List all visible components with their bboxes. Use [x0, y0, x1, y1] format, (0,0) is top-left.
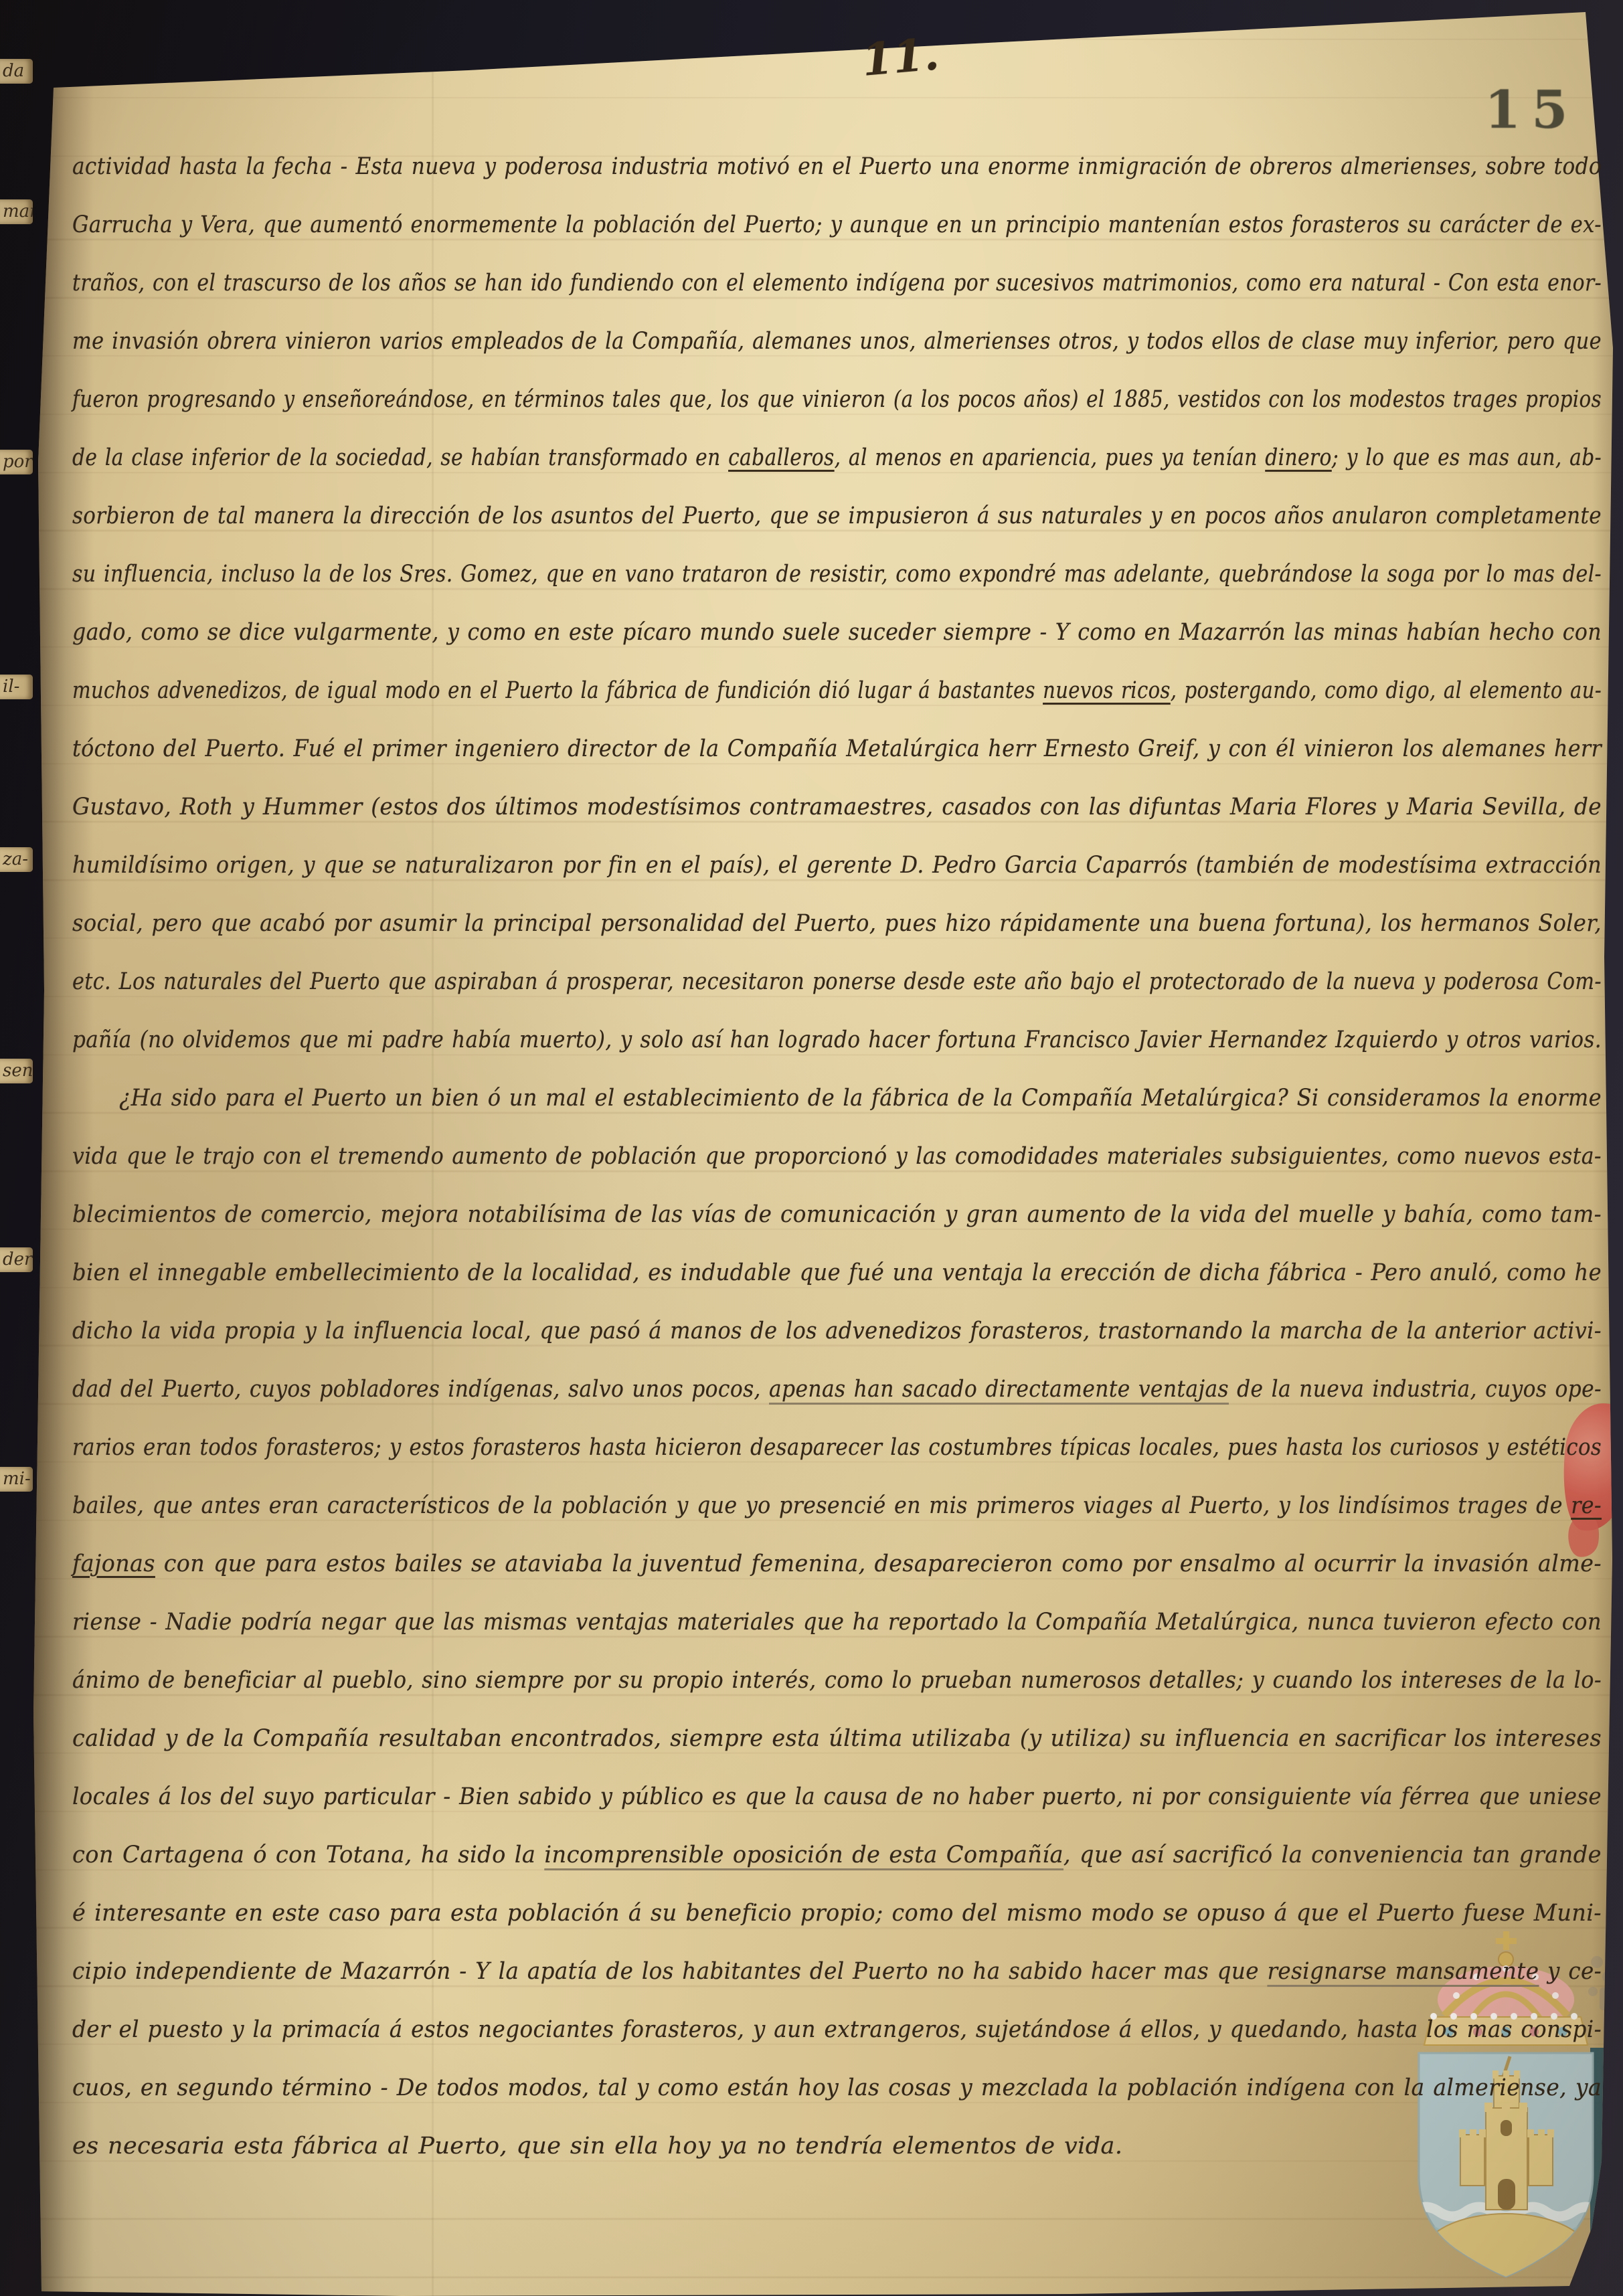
text-segment: Gustavo, Roth y Hummer (estos dos último…: [72, 794, 1602, 820]
manuscript-line: riense - Nadie podría negar que las mism…: [72, 1611, 1602, 1634]
text-segment: ¿Ha sido para el Puerto un bien ó un mal…: [119, 1085, 1602, 1112]
manuscript-line: tóctono del Puerto. Fué el primer ingeni…: [72, 737, 1602, 761]
manuscript-line: con Cartagena ó con Totana, ha sido la i…: [72, 1844, 1602, 1867]
text-segment: riense - Nadie podría negar que las mism…: [72, 1609, 1602, 1636]
underlined-phrase: re-: [1571, 1492, 1602, 1519]
text-segment: der el puesto y la primacía á estos nego…: [72, 2016, 1602, 2043]
text-segment: , postergando, como digo, al elemento au…: [1171, 677, 1602, 704]
manuscript-line: dicho la vida propia y la influencia loc…: [72, 1320, 1602, 1343]
text-segment: ánimo de beneficiar al pueblo, sino siem…: [72, 1667, 1602, 1694]
handwritten-page-number: 11.: [860, 31, 940, 82]
manuscript-line: fueron progresando y enseñoreándose, en …: [72, 388, 1602, 412]
manuscript-line: Garrucha y Vera, que aumentó enormemente…: [72, 213, 1602, 237]
text-segment: me invasión obrera vinieron varios emple…: [72, 328, 1602, 355]
text-segment: cuos, en segundo término - De todos modo…: [72, 2074, 1602, 2101]
edge-fragment: man: [0, 199, 33, 224]
manuscript-line: gado, como se dice vulgarmente, y como e…: [72, 621, 1602, 644]
manuscript-line: vida que le trajo con el tremendo aument…: [72, 1145, 1602, 1168]
manuscript-line: Gustavo, Roth y Hummer (estos dos último…: [72, 796, 1602, 819]
manuscript-line: pañía (no olvidemos que mi padre había m…: [72, 1029, 1602, 1052]
text-segment: sorbieron de tal manera la dirección de …: [72, 503, 1602, 529]
manuscript-line: social, pero que acabó por asumir la pri…: [72, 912, 1602, 936]
text-segment: fueron progresando y enseñoreándose, en …: [72, 386, 1602, 413]
text-segment: dicho la vida propia y la influencia loc…: [72, 1318, 1602, 1344]
text-segment: humildísimo origen, y que se naturalizar…: [72, 852, 1602, 879]
manuscript-line: cipio independiente de Mazarrón - Y la a…: [72, 1960, 1602, 1983]
edge-fragment: mi-: [0, 1467, 33, 1492]
text-segment: , que así sacrificó la conveniencia tan …: [1063, 1842, 1602, 1868]
text-segment: y ce-: [1539, 1958, 1602, 1985]
text-segment: con Cartagena ó con Totana, ha sido la: [72, 1842, 544, 1868]
underlined-phrase: caballeros: [728, 444, 835, 471]
text-segment: etc. Los naturales del Puerto que aspira…: [72, 968, 1602, 995]
manuscript-line: der el puesto y la primacía á estos nego…: [72, 2018, 1602, 2042]
edge-fragment: por: [0, 450, 33, 474]
manuscript-line: locales á los del suyo particular - Bien…: [72, 1785, 1602, 1809]
manuscript-line: bailes, que antes eran característicos d…: [72, 1494, 1602, 1518]
underlined-phrase: fajonas: [72, 1551, 155, 1577]
manuscript-line: dad del Puerto, cuyos pobladores indígen…: [72, 1378, 1602, 1401]
manuscript-line: fajonas con que para estos bailes se ata…: [72, 1553, 1602, 1576]
manuscript-line: cuos, en segundo término - De todos modo…: [72, 2077, 1602, 2100]
edge-fragment: sen-: [0, 1059, 33, 1083]
text-segment: es necesaria esta fábrica al Puerto, que…: [72, 2133, 1122, 2159]
text-segment: su influencia, incluso la de los Sres. G…: [72, 561, 1602, 588]
edge-fragment: za-: [0, 847, 33, 872]
text-segment: pañía (no olvidemos que mi padre había m…: [72, 1027, 1602, 1053]
pencil-underlined-phrase: incomprensible oposición de esta Compañí…: [544, 1842, 1063, 1868]
pencil-underlined-phrase: apenas han sacado directamente ventajas: [769, 1376, 1229, 1403]
manuscript-line: sorbieron de tal manera la dirección de …: [72, 505, 1602, 528]
text-segment: traños, con el trascurso de los años se …: [72, 270, 1602, 296]
underlined-phrase: dinero: [1265, 444, 1331, 471]
text-segment: muchos advenedizos, de igual modo en el …: [72, 677, 1043, 704]
pencil-underlined-phrase: resignarse mansamente: [1267, 1958, 1539, 1985]
manuscript-line: rarios eran todos forasteros; y estos fo…: [72, 1436, 1602, 1460]
text-segment: bien el innegable embellecimiento de la …: [72, 1259, 1602, 1286]
text-segment: calidad y de la Compañía resultaban enco…: [72, 1725, 1602, 1752]
manuscript-line: etc. Los naturales del Puerto que aspira…: [72, 970, 1602, 994]
text-segment: social, pero que acabó por asumir la pri…: [72, 910, 1602, 937]
text-segment: gado, como se dice vulgarmente, y como e…: [72, 619, 1602, 646]
text-segment: , al menos en apariencia, pues ya tenían: [835, 444, 1266, 471]
text-segment: Garrucha y Vera, que aumentó enormemente…: [72, 211, 1602, 238]
text-segment: vida que le trajo con el tremendo aument…: [72, 1143, 1602, 1170]
manuscript-line: traños, con el trascurso de los años se …: [72, 272, 1602, 295]
manuscript-line: es necesaria esta fábrica al Puerto, que…: [72, 2135, 1122, 2158]
manuscript-line: ánimo de beneficiar al pueblo, sino siem…: [72, 1669, 1602, 1692]
text-segment: rarios eran todos forasteros; y estos fo…: [72, 1434, 1602, 1461]
manuscript-scan: actividad hasta la fecha - Esta nueva y …: [0, 0, 1623, 2296]
text-segment: actividad hasta la fecha - Esta nueva y …: [72, 153, 1602, 180]
text-segment: ; y lo que es mas aun, ab-: [1332, 444, 1602, 471]
manuscript-line: calidad y de la Compañía resultaban enco…: [72, 1727, 1602, 1751]
text-segment: locales á los del suyo particular - Bien…: [72, 1783, 1602, 1810]
manuscript-line: humildísimo origen, y que se naturalizar…: [72, 854, 1602, 877]
manuscript-line: de la clase inferior de la sociedad, se …: [72, 446, 1602, 470]
manuscript-line: ¿Ha sido para el Puerto un bien ó un mal…: [119, 1087, 1602, 1110]
text-segment: tóctono del Puerto. Fué el primer ingeni…: [72, 735, 1602, 762]
manuscript-line: actividad hasta la fecha - Esta nueva y …: [72, 155, 1602, 179]
text-segment: cipio independiente de Mazarrón - Y la a…: [72, 1958, 1267, 1985]
text-segment: dad del Puerto, cuyos pobladores indígen…: [72, 1376, 769, 1403]
text-segment: blecimientos de comercio, mejora notabil…: [72, 1201, 1602, 1228]
text-segment: de la nueva industria, cuyos ope-: [1229, 1376, 1602, 1403]
manuscript-line: me invasión obrera vinieron varios emple…: [72, 330, 1602, 353]
edge-fragment: der: [0, 1247, 33, 1272]
text-segment: con que para estos bailes se ataviaba la…: [155, 1551, 1602, 1577]
manuscript-line: muchos advenedizos, de igual modo en el …: [72, 679, 1602, 703]
underlined-phrase: nuevos ricos: [1043, 677, 1171, 704]
manuscript-line: bien el innegable embellecimiento de la …: [72, 1261, 1602, 1285]
manuscript-line: é interesante en este caso para esta pob…: [72, 1902, 1602, 1925]
manuscript-line: blecimientos de comercio, mejora notabil…: [72, 1203, 1602, 1227]
manuscript-line: su influencia, incluso la de los Sres. G…: [72, 563, 1602, 586]
text-segment: de la clase inferior de la sociedad, se …: [72, 444, 728, 471]
folio-stamp: 15: [1484, 84, 1579, 137]
edge-fragment: il-: [0, 675, 33, 699]
manuscript-text: actividad hasta la fecha - Esta nueva y …: [0, 0, 1623, 2296]
edge-fragment: da: [0, 59, 33, 84]
text-segment: é interesante en este caso para esta pob…: [72, 1900, 1602, 1927]
text-segment: bailes, que antes eran característicos d…: [72, 1492, 1571, 1519]
